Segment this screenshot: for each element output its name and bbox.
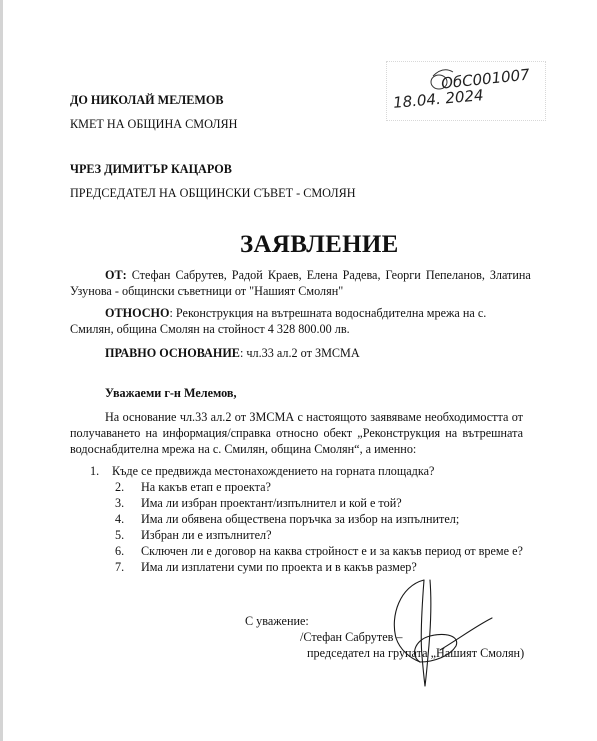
subject-line-1: ОТНОСНО: Реконструкция на вътрешната вод… [105,306,486,321]
legal-basis: ПРАВНО ОСНОВАНИЕ: чл.33 ал.2 от ЗМСМА [105,346,360,361]
list-item-text: Къде се предвижда местонахождението на г… [112,464,434,479]
subject-text: : Реконструкция на вътрешната водоснабди… [169,306,486,320]
closing-regards: С уважение: [245,614,309,629]
from-label: ОТ: [105,268,127,282]
list-item-text: Избран ли е изпълнител? [141,528,272,543]
list-item-number: 3. [115,496,124,511]
from-line-1: ОТ: Стефан Сабрутев, Радой Краев, Елена … [105,268,523,283]
legal-basis-label: ПРАВНО ОСНОВАНИЕ [105,346,240,360]
body-line-1: На основание чл.33 ал.2 от ЗМСМА с насто… [105,410,523,425]
list-item-number: 2. [115,480,124,495]
signature-icon [380,576,500,688]
page-left-edge [0,0,3,741]
addressee-name: ДО НИКОЛАЙ МЕЛЕМОВ [70,93,223,108]
from-line-2: Узунова - общински съветници от "Нашият … [70,284,343,299]
list-item-number: 7. [115,560,124,575]
subject-label: ОТНОСНО [105,306,169,320]
body-line-3: водоснабдителна мрежа на с. Смилян, общи… [70,442,416,457]
list-item-text: Има ли избран проектант/изпълнител и кой… [141,496,402,511]
list-item-number: 1. [90,464,99,479]
via-title: ПРЕДСЕДАТЕЛ НА ОБЩИНСКИ СЪВЕТ - СМОЛЯН [70,186,356,201]
legal-basis-text: : чл.33 ал.2 от ЗМСМА [240,346,360,360]
salutation: Уважаеми г-н Мелемов, [105,386,237,401]
list-item-text: На какъв етап е проекта? [141,480,271,495]
document-title: ЗАЯВЛЕНИЕ [240,231,399,259]
addressee-title: КМЕТ НА ОБЩИНА СМОЛЯН [70,117,237,132]
list-item-text: Сключен ли е договор на каква стройност … [141,544,523,559]
list-item-number: 6. [115,544,124,559]
list-item-text: Има ли изплатени суми по проекта и в как… [141,560,417,575]
list-item-number: 5. [115,528,124,543]
body-line-2: получаването на информация/справка относ… [70,426,523,441]
subject-line-2: Смилян, община Смолян на стойност 4 328 … [70,322,350,337]
via-name: ЧРЕЗ ДИМИТЪР КАЦАРОВ [70,162,232,177]
from-names: Стефан Сабрутев, Радой Краев, Елена Раде… [132,268,531,282]
list-item-number: 4. [115,512,124,527]
registration-stamp: ОбС001007 18.04. 2024 [386,61,546,121]
list-item-text: Има ли обявена обществена поръчка за изб… [141,512,459,527]
